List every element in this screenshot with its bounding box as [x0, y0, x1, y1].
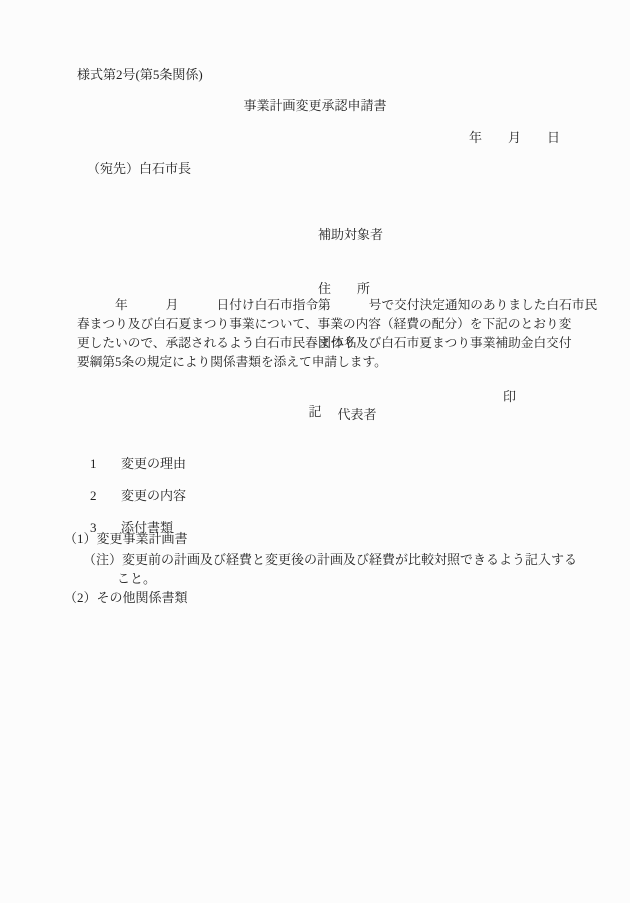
- body-line-4: 要綱第5条の規定により関係書類を添えて申請します。: [77, 353, 597, 372]
- applicant-role-label: 補助対象者: [318, 226, 588, 244]
- date-line: 年 月 日: [469, 127, 560, 146]
- attachment-item-2: （2）その他関係書類: [64, 587, 188, 606]
- body-line-1: 年 月 日付け白石市指令第 号で交付決定通知のありました白石市民: [77, 296, 597, 315]
- body-paragraph: 年 月 日付け白石市指令第 号で交付決定通知のありました白石市民 春まつり及び白…: [77, 296, 597, 372]
- body-line-2: 春まつり及び白石夏まつり事業について、事業の内容（経費の配分）を下記のとおり変: [77, 315, 597, 334]
- ki-marker: 記: [0, 401, 630, 420]
- body-line-3: 更したいので、承認されるよう白石市民春まつり及び白石市夏まつり事業補助金白交付: [77, 334, 597, 353]
- attachment-item-1: （1）変更事業計画書: [64, 528, 188, 547]
- form-number: 様式第2号(第5条関係): [77, 64, 203, 83]
- applicant-representative-line: 代表者 印: [318, 388, 588, 460]
- attachment-note-line-2: こと。: [117, 568, 156, 587]
- document-title: 事業計画変更承認申請書: [0, 95, 630, 114]
- document-page: 様式第2号(第5条関係) 事業計画変更承認申請書 年 月 日 （宛先）白石市長 …: [0, 0, 630, 903]
- attachment-note-line-1: （注）変更前の計画及び経費と変更後の計画及び経費が比較対照できるよう記入する: [83, 549, 577, 568]
- addressee-line: （宛先）白石市長: [87, 158, 191, 177]
